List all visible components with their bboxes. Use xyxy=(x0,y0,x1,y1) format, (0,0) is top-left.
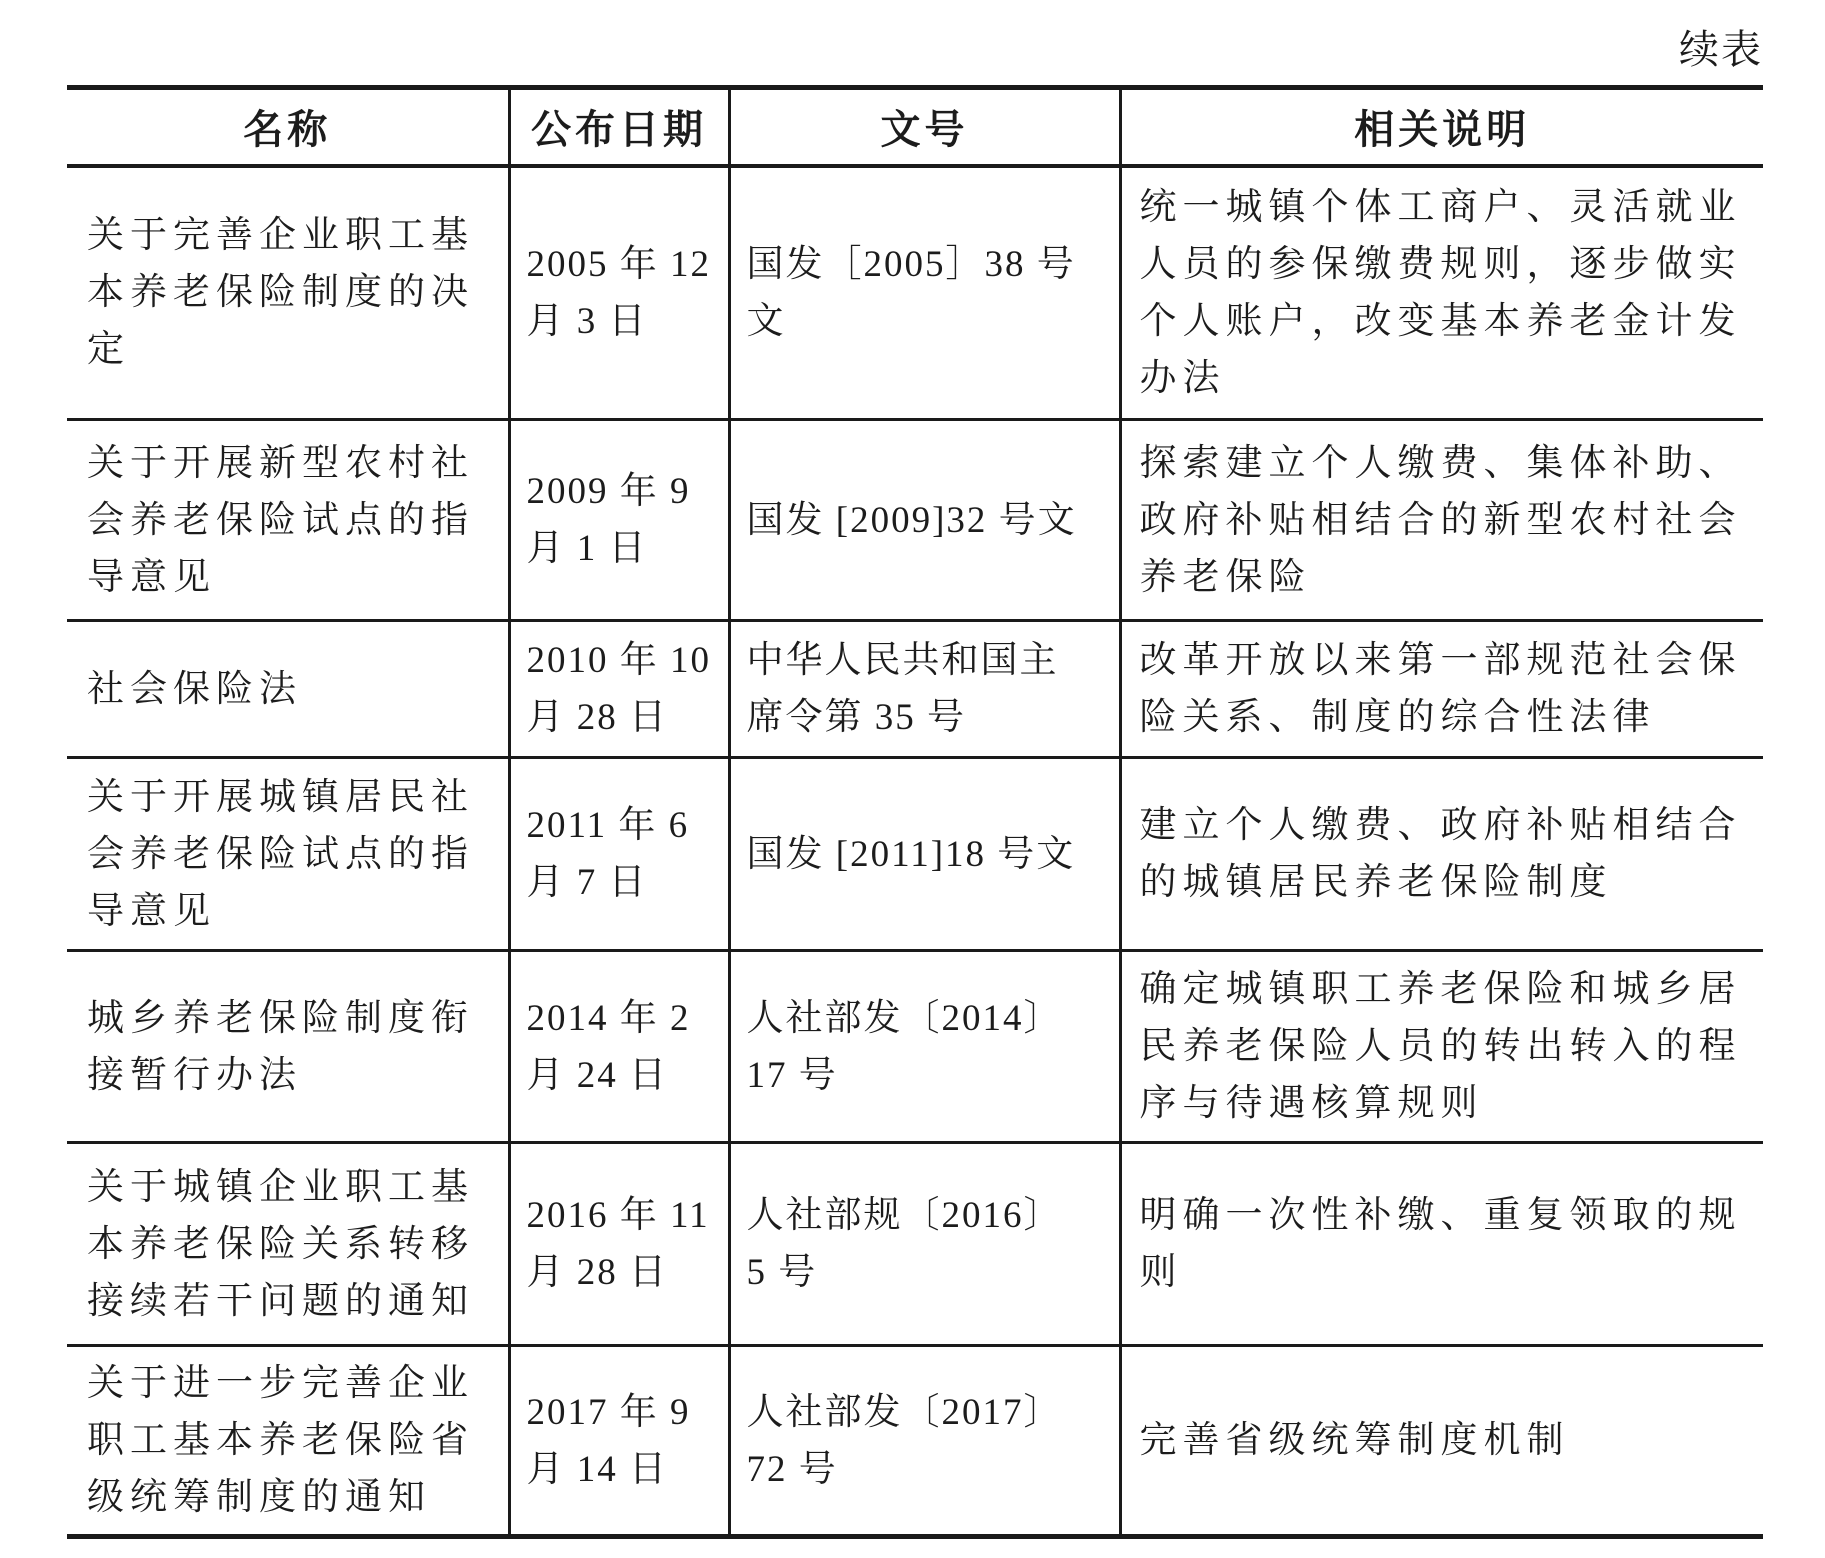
note-cell: 完善省级统筹制度机制 xyxy=(1120,1346,1763,1537)
doc-no-cell: 人社部规〔2016〕 5 号 xyxy=(729,1143,1120,1346)
related-note: 统一城镇个体工商户、灵活就业 人员的参保缴费规则，逐步做实 个人账户，改变基本养… xyxy=(1140,179,1764,407)
note-cell: 探索建立个人缴费、集体补助、 政府补贴相结合的新型农村社会 养老保险 xyxy=(1120,420,1763,621)
document-number: 人社部发〔2017〕 72 号 xyxy=(747,1384,1119,1498)
related-note: 完善省级统筹制度机制 xyxy=(1140,1412,1764,1469)
related-note: 探索建立个人缴费、集体补助、 政府补贴相结合的新型农村社会 养老保险 xyxy=(1140,435,1764,606)
name-cell: 关于进一步完善企业 职工基本养老保险省 级统筹制度的通知 xyxy=(67,1346,509,1537)
doc-no-cell: 国发［2005］38 号 文 xyxy=(729,166,1120,420)
publish-date: 2010 年 10 月 28 日 xyxy=(527,632,728,746)
name-cell: 社会保险法 xyxy=(67,621,509,758)
regulation-name: 关于完善企业职工基 本养老保险制度的决 定 xyxy=(87,207,508,378)
table-row: 关于城镇企业职工基 本养老保险关系转移 接续若干问题的通知 2016 年 11 … xyxy=(67,1143,1763,1346)
related-note: 建立个人缴费、政府补贴相结合 的城镇居民养老保险制度 xyxy=(1140,797,1764,911)
table-header: 名称 公布日期 文号 相关说明 xyxy=(67,88,1763,166)
header-date: 公布日期 xyxy=(509,88,729,166)
header-row: 名称 公布日期 文号 相关说明 xyxy=(67,88,1763,166)
document-number: 国发 [2011]18 号文 xyxy=(747,826,1119,883)
table-row: 社会保险法 2010 年 10 月 28 日 中华人民共和国主 席令第 35 号… xyxy=(67,621,1763,758)
document-number: 人社部发〔2014〕 17 号 xyxy=(747,990,1119,1104)
date-cell: 2011 年 6 月 7 日 xyxy=(509,758,729,951)
regulation-name: 关于城镇企业职工基 本养老保险关系转移 接续若干问题的通知 xyxy=(87,1159,508,1330)
document-number: 国发［2005］38 号 文 xyxy=(747,236,1119,350)
table-row: 关于开展新型农村社 会养老保险试点的指 导意见 2009 年 9 月 1 日 国… xyxy=(67,420,1763,621)
regulation-name: 城乡养老保险制度衔 接暂行办法 xyxy=(87,990,508,1104)
publish-date: 2017 年 9 月 14 日 xyxy=(527,1384,728,1498)
related-note: 确定城镇职工养老保险和城乡居 民养老保险人员的转出转入的程 序与待遇核算规则 xyxy=(1140,961,1764,1132)
date-cell: 2009 年 9 月 1 日 xyxy=(509,420,729,621)
name-cell: 关于开展城镇居民社 会养老保险试点的指 导意见 xyxy=(67,758,509,951)
regulation-name: 关于开展新型农村社 会养老保险试点的指 导意见 xyxy=(87,435,508,606)
note-cell: 明确一次性补缴、重复领取的规 则 xyxy=(1120,1143,1763,1346)
regulations-table: 名称 公布日期 文号 相关说明 关于完善企业职工基 本养老保险制度的决 定 20… xyxy=(67,85,1763,1539)
note-cell: 改革开放以来第一部规范社会保 险关系、制度的综合性法律 xyxy=(1120,621,1763,758)
name-cell: 关于完善企业职工基 本养老保险制度的决 定 xyxy=(67,166,509,420)
table-row: 关于完善企业职工基 本养老保险制度的决 定 2005 年 12 月 3 日 国发… xyxy=(67,166,1763,420)
header-name: 名称 xyxy=(67,88,509,166)
publish-date: 2009 年 9 月 1 日 xyxy=(527,463,728,577)
publish-date: 2005 年 12 月 3 日 xyxy=(527,236,728,350)
document-number: 中华人民共和国主 席令第 35 号 xyxy=(747,632,1119,746)
date-cell: 2005 年 12 月 3 日 xyxy=(509,166,729,420)
regulation-name: 社会保险法 xyxy=(87,661,508,718)
header-note: 相关说明 xyxy=(1120,88,1763,166)
header-doc-no: 文号 xyxy=(729,88,1120,166)
doc-no-cell: 人社部发〔2017〕 72 号 xyxy=(729,1346,1120,1537)
table-row: 关于开展城镇居民社 会养老保险试点的指 导意见 2011 年 6 月 7 日 国… xyxy=(67,758,1763,951)
date-cell: 2017 年 9 月 14 日 xyxy=(509,1346,729,1537)
document-page: 续表 名称 公布日期 文号 相关说明 关于完善企业职工基 本养老保险制度的决 定… xyxy=(0,0,1825,1558)
publish-date: 2014 年 2 月 24 日 xyxy=(527,990,728,1104)
name-cell: 城乡养老保险制度衔 接暂行办法 xyxy=(67,951,509,1143)
doc-no-cell: 国发 [2009]32 号文 xyxy=(729,420,1120,621)
note-cell: 确定城镇职工养老保险和城乡居 民养老保险人员的转出转入的程 序与待遇核算规则 xyxy=(1120,951,1763,1143)
document-number: 人社部规〔2016〕 5 号 xyxy=(747,1187,1119,1301)
regulation-name: 关于开展城镇居民社 会养老保险试点的指 导意见 xyxy=(87,769,508,940)
document-number: 国发 [2009]32 号文 xyxy=(747,492,1119,549)
note-cell: 建立个人缴费、政府补贴相结合 的城镇居民养老保险制度 xyxy=(1120,758,1763,951)
table-row: 关于进一步完善企业 职工基本养老保险省 级统筹制度的通知 2017 年 9 月 … xyxy=(67,1346,1763,1537)
name-cell: 关于城镇企业职工基 本养老保险关系转移 接续若干问题的通知 xyxy=(67,1143,509,1346)
table-row: 城乡养老保险制度衔 接暂行办法 2014 年 2 月 24 日 人社部发〔201… xyxy=(67,951,1763,1143)
date-cell: 2014 年 2 月 24 日 xyxy=(509,951,729,1143)
table-body: 关于完善企业职工基 本养老保险制度的决 定 2005 年 12 月 3 日 国发… xyxy=(67,166,1763,1537)
doc-no-cell: 人社部发〔2014〕 17 号 xyxy=(729,951,1120,1143)
date-cell: 2010 年 10 月 28 日 xyxy=(509,621,729,758)
related-note: 明确一次性补缴、重复领取的规 则 xyxy=(1140,1187,1764,1301)
regulation-name: 关于进一步完善企业 职工基本养老保险省 级统筹制度的通知 xyxy=(87,1355,508,1526)
doc-no-cell: 国发 [2011]18 号文 xyxy=(729,758,1120,951)
note-cell: 统一城镇个体工商户、灵活就业 人员的参保缴费规则，逐步做实 个人账户，改变基本养… xyxy=(1120,166,1763,420)
continued-table-label: 续表 xyxy=(67,18,1763,75)
related-note: 改革开放以来第一部规范社会保 险关系、制度的综合性法律 xyxy=(1140,632,1764,746)
doc-no-cell: 中华人民共和国主 席令第 35 号 xyxy=(729,621,1120,758)
publish-date: 2016 年 11 月 28 日 xyxy=(527,1187,728,1301)
publish-date: 2011 年 6 月 7 日 xyxy=(527,797,728,911)
date-cell: 2016 年 11 月 28 日 xyxy=(509,1143,729,1346)
name-cell: 关于开展新型农村社 会养老保险试点的指 导意见 xyxy=(67,420,509,621)
